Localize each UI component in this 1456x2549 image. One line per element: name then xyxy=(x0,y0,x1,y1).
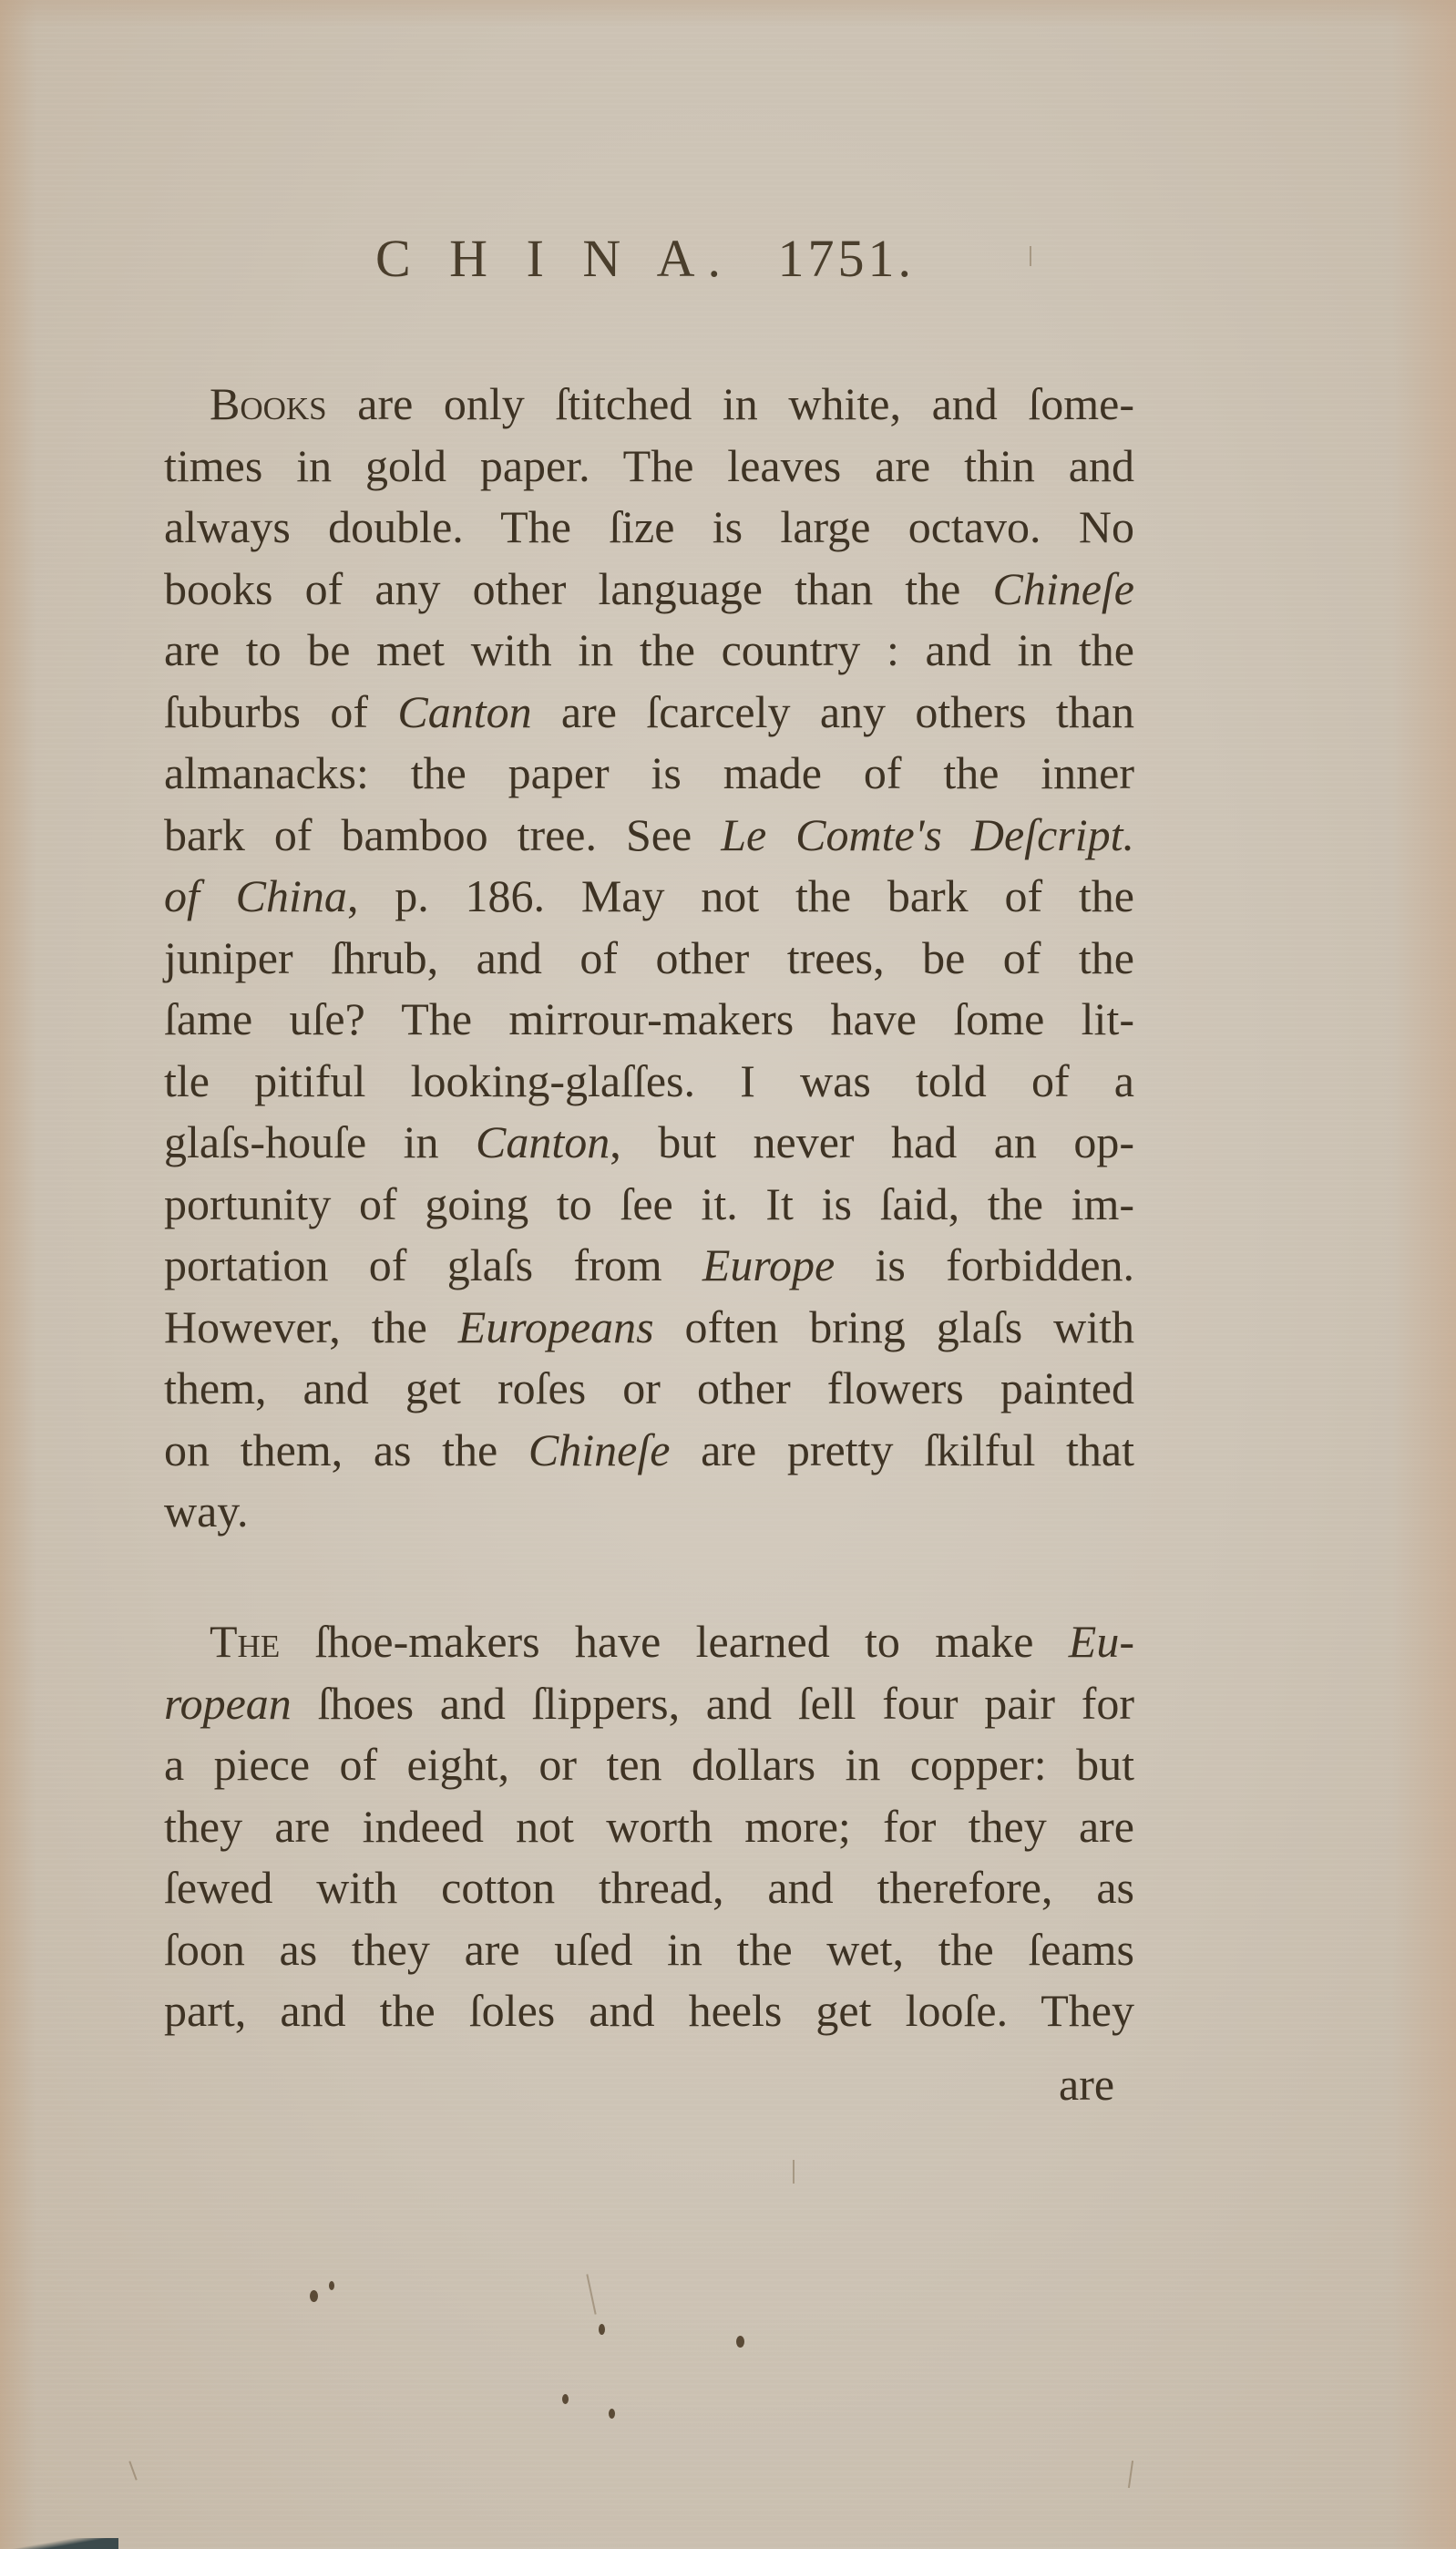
text-line: bark of bamboo tree. See Le Comte's Deſc… xyxy=(164,805,1134,867)
text-line: ſoon as they are uſed in the wet, the ſe… xyxy=(164,1919,1134,1981)
text-line: ſuburbs of Canton are ſcarcely any other… xyxy=(164,682,1134,744)
text-line: ſame uſe? The mirrour-makers have ſome l… xyxy=(164,989,1134,1051)
page-edge-left xyxy=(0,0,36,2549)
corner-shadow xyxy=(0,2538,118,2549)
text-line: them, and get roſes or other flowers pai… xyxy=(164,1358,1134,1420)
paragraph-books: Books are only ſtitched in white, and ſo… xyxy=(164,374,1134,1543)
paper-fibre xyxy=(793,2160,795,2184)
paper-fibre xyxy=(1128,2461,1133,2488)
text-line: always double. The ſize is large octavo.… xyxy=(164,497,1134,559)
running-head-year: 1751. xyxy=(777,229,915,288)
text-line: portation of glaſs from Europe is forbid… xyxy=(164,1235,1134,1297)
paper-speck xyxy=(562,2394,569,2404)
book-page: C H I N A. 1751. Books are only ſtitched… xyxy=(0,0,1456,2549)
text-line: However, the Europeans often bring glaſs… xyxy=(164,1297,1134,1359)
page-edge-top xyxy=(0,0,1456,27)
text-line: Books are only ſtitched in white, and ſo… xyxy=(164,374,1134,436)
paragraph-shoes: The ſhoe-makers have learned to make Eu-… xyxy=(164,1611,1134,2042)
text-line: juniper ſhrub, and of other trees, be of… xyxy=(164,928,1134,990)
paper-fibre xyxy=(586,2274,596,2314)
text-line: The ſhoe-makers have learned to make Eu- xyxy=(164,1611,1134,1673)
text-line: way. xyxy=(164,1481,1134,1543)
text-line: glaſs-houſe in Canton, but never had an … xyxy=(164,1112,1134,1174)
running-head: C H I N A. 1751. xyxy=(375,228,915,289)
text-line: they are indeed not worth more; for they… xyxy=(164,1796,1134,1858)
text-line: are to be met with in the country : and … xyxy=(164,620,1134,682)
text-line: times in gold paper. The leaves are thin… xyxy=(164,436,1134,498)
text-line: tle pitiful looking-glaſſes. I was told … xyxy=(164,1051,1134,1113)
text-line: portunity of going to ſee it. It is ſaid… xyxy=(164,1174,1134,1236)
text-line: almanacks: the paper is made of the inne… xyxy=(164,743,1134,805)
paper-speck xyxy=(329,2281,334,2290)
paper-speck xyxy=(599,2324,605,2335)
paper-speck xyxy=(310,2290,318,2302)
paper-fibre xyxy=(128,2461,137,2480)
paper-speck xyxy=(609,2409,615,2419)
text-line: part, and the ſoles and heels get looſe.… xyxy=(164,1980,1134,2042)
text-line: on them, as the Chineſe are pretty ſkilf… xyxy=(164,1420,1134,1482)
text-line: of China, p. 186. May not the bark of th… xyxy=(164,866,1134,928)
text-line: ſewed with cotton thread, and therefore,… xyxy=(164,1857,1134,1919)
catchword: are xyxy=(1059,2058,1114,2111)
text-line: a piece of eight, or ten dollars in copp… xyxy=(164,1734,1134,1796)
text-line: books of any other language than the Chi… xyxy=(164,559,1134,621)
paper-speck xyxy=(736,2336,744,2348)
paper-fibre xyxy=(1030,246,1031,266)
running-head-title: C H I N A. xyxy=(375,229,733,288)
text-line: ropean ſhoes and ſlippers, and ſell four… xyxy=(164,1673,1134,1735)
page-edge-right xyxy=(1392,0,1456,2549)
